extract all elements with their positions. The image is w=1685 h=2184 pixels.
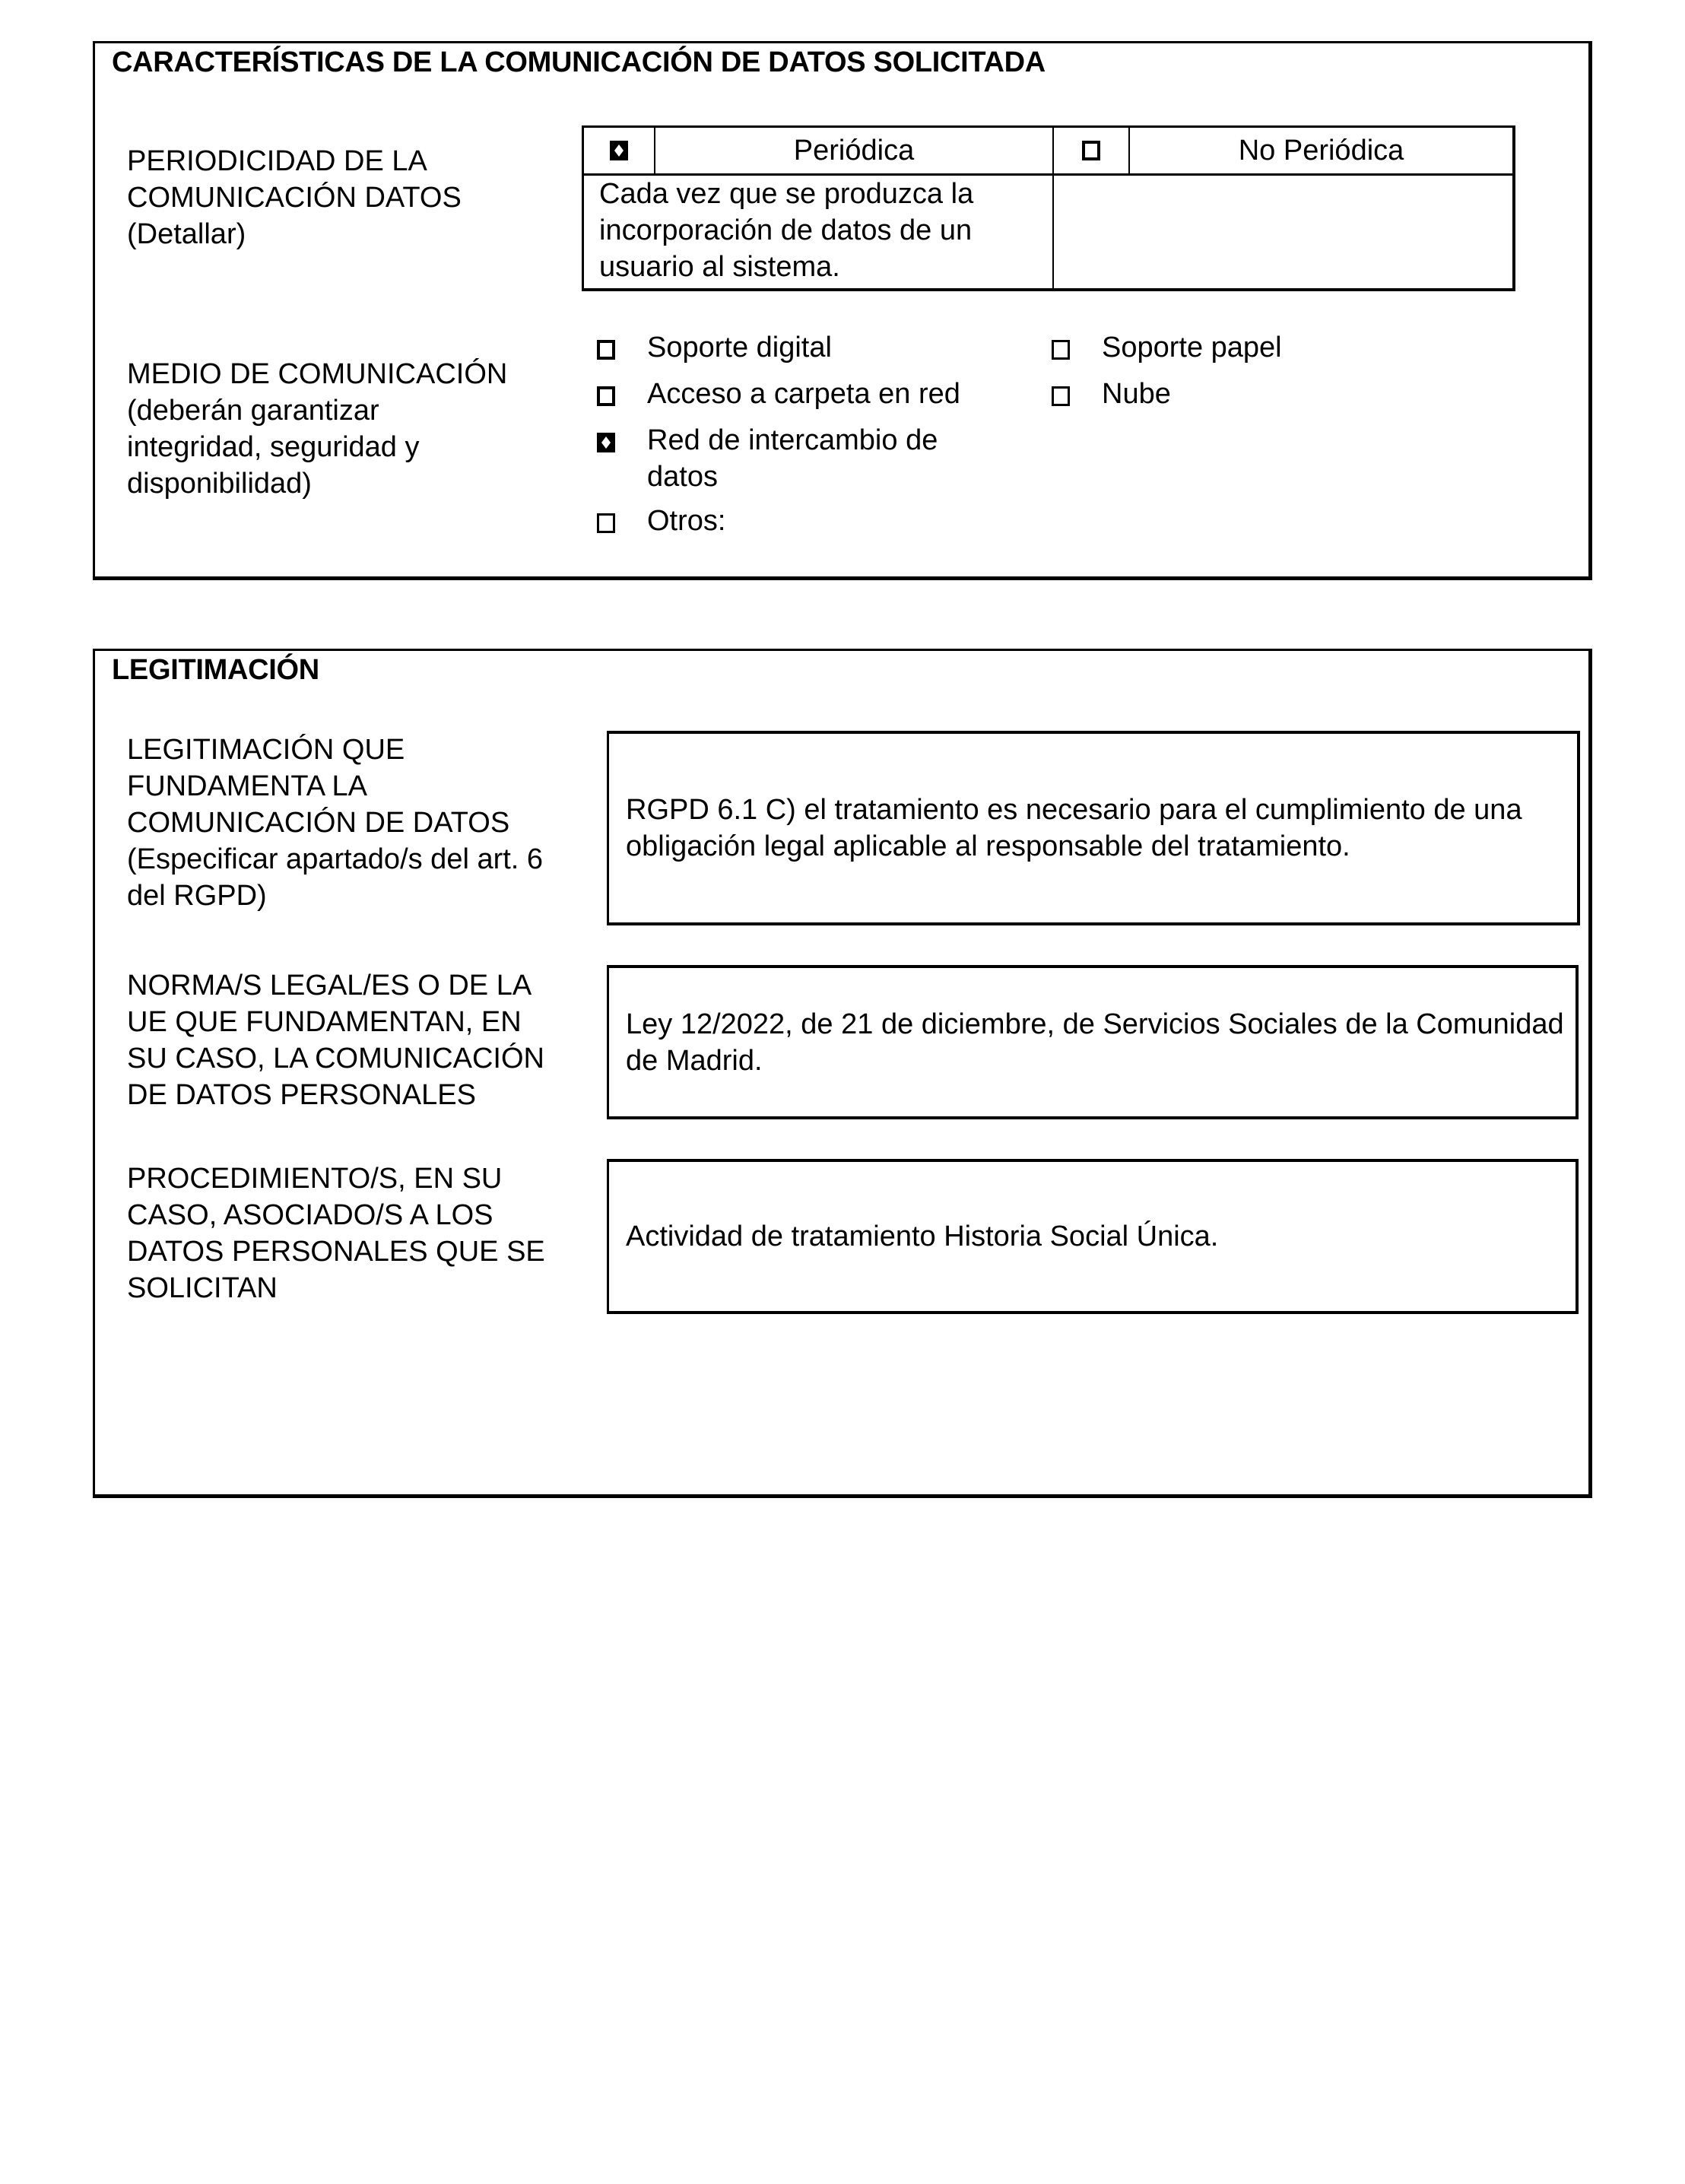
procedimiento-value: Actividad de tratamiento Historia Social… [626, 1218, 1218, 1255]
unchecked-checkbox-icon[interactable] [1052, 340, 1070, 360]
option-label: Otros: [647, 503, 1027, 539]
periodica-checkbox-cell[interactable] [584, 128, 655, 173]
unchecked-checkbox-icon[interactable] [597, 386, 615, 406]
option-label: Red de intercambio de datos [647, 422, 1027, 495]
no-periodica-checkbox-cell[interactable] [1054, 128, 1130, 173]
checked-checkbox-icon[interactable] [610, 141, 628, 160]
norma-legal-value: Ley 12/2022, de 21 de diciembre, de Serv… [626, 1006, 1576, 1079]
caracteristicas-section: CARACTERÍSTICAS DE LA COMUNICACIÓN DE DA… [93, 41, 1592, 580]
unchecked-checkbox-icon[interactable] [1052, 386, 1070, 406]
legitimacion-fundamento-value: RGPD 6.1 C) el tratamiento es necesario … [626, 792, 1577, 865]
periodicidad-detail-text: Cada vez que se produzca la incorporació… [584, 176, 1054, 288]
norma-legal-label: NORMA/S LEGAL/ES O DE LA UE QUE FUNDAMEN… [127, 967, 544, 1113]
periodica-option-label: Periódica [655, 128, 1054, 173]
procedimiento-field[interactable]: Actividad de tratamiento Historia Social… [607, 1159, 1579, 1314]
option-label: Nube [1102, 376, 1482, 412]
no-periodica-option-label: No Periódica [1130, 128, 1512, 173]
option-label: Acceso a carpeta en red [647, 376, 1027, 412]
unchecked-checkbox-icon[interactable] [597, 340, 615, 360]
legitimacion-fundamento-field[interactable]: RGPD 6.1 C) el tratamiento es necesario … [607, 731, 1580, 925]
periodicidad-options-row: Periódica No Periódica [584, 128, 1512, 176]
norma-legal-field[interactable]: Ley 12/2022, de 21 de diciembre, de Serv… [607, 965, 1579, 1119]
procedimiento-label: PROCEDIMIENTO/S, EN SU CASO, ASOCIADO/S … [127, 1160, 545, 1306]
legitimacion-section: LEGITIMACIÓN LEGITIMACIÓN QUE FUNDAMENTA… [93, 649, 1592, 1498]
no-periodica-detail-empty [1054, 176, 1512, 288]
unchecked-checkbox-icon[interactable] [1082, 141, 1100, 160]
periodicidad-table: Periódica No Periódica Cada vez que se p… [582, 125, 1515, 291]
periodicidad-detail-row: Cada vez que se produzca la incorporació… [584, 176, 1512, 288]
section-title-caracteristicas: CARACTERÍSTICAS DE LA COMUNICACIÓN DE DA… [112, 46, 1046, 79]
section-title-legitimacion: LEGITIMACIÓN [112, 654, 319, 687]
periodicidad-label: PERIODICIDAD DE LA COMUNICACIÓN DATOS (D… [127, 143, 462, 252]
checked-checkbox-icon[interactable] [597, 433, 615, 452]
medio-label: MEDIO DE COMUNICACIÓN (deberán garantiza… [127, 356, 507, 502]
unchecked-checkbox-icon[interactable] [597, 513, 615, 533]
legitimacion-fundamento-label: LEGITIMACIÓN QUE FUNDAMENTA LA COMUNICAC… [127, 732, 543, 914]
option-label: Soporte digital [647, 329, 1027, 366]
option-label: Soporte papel [1102, 329, 1482, 366]
